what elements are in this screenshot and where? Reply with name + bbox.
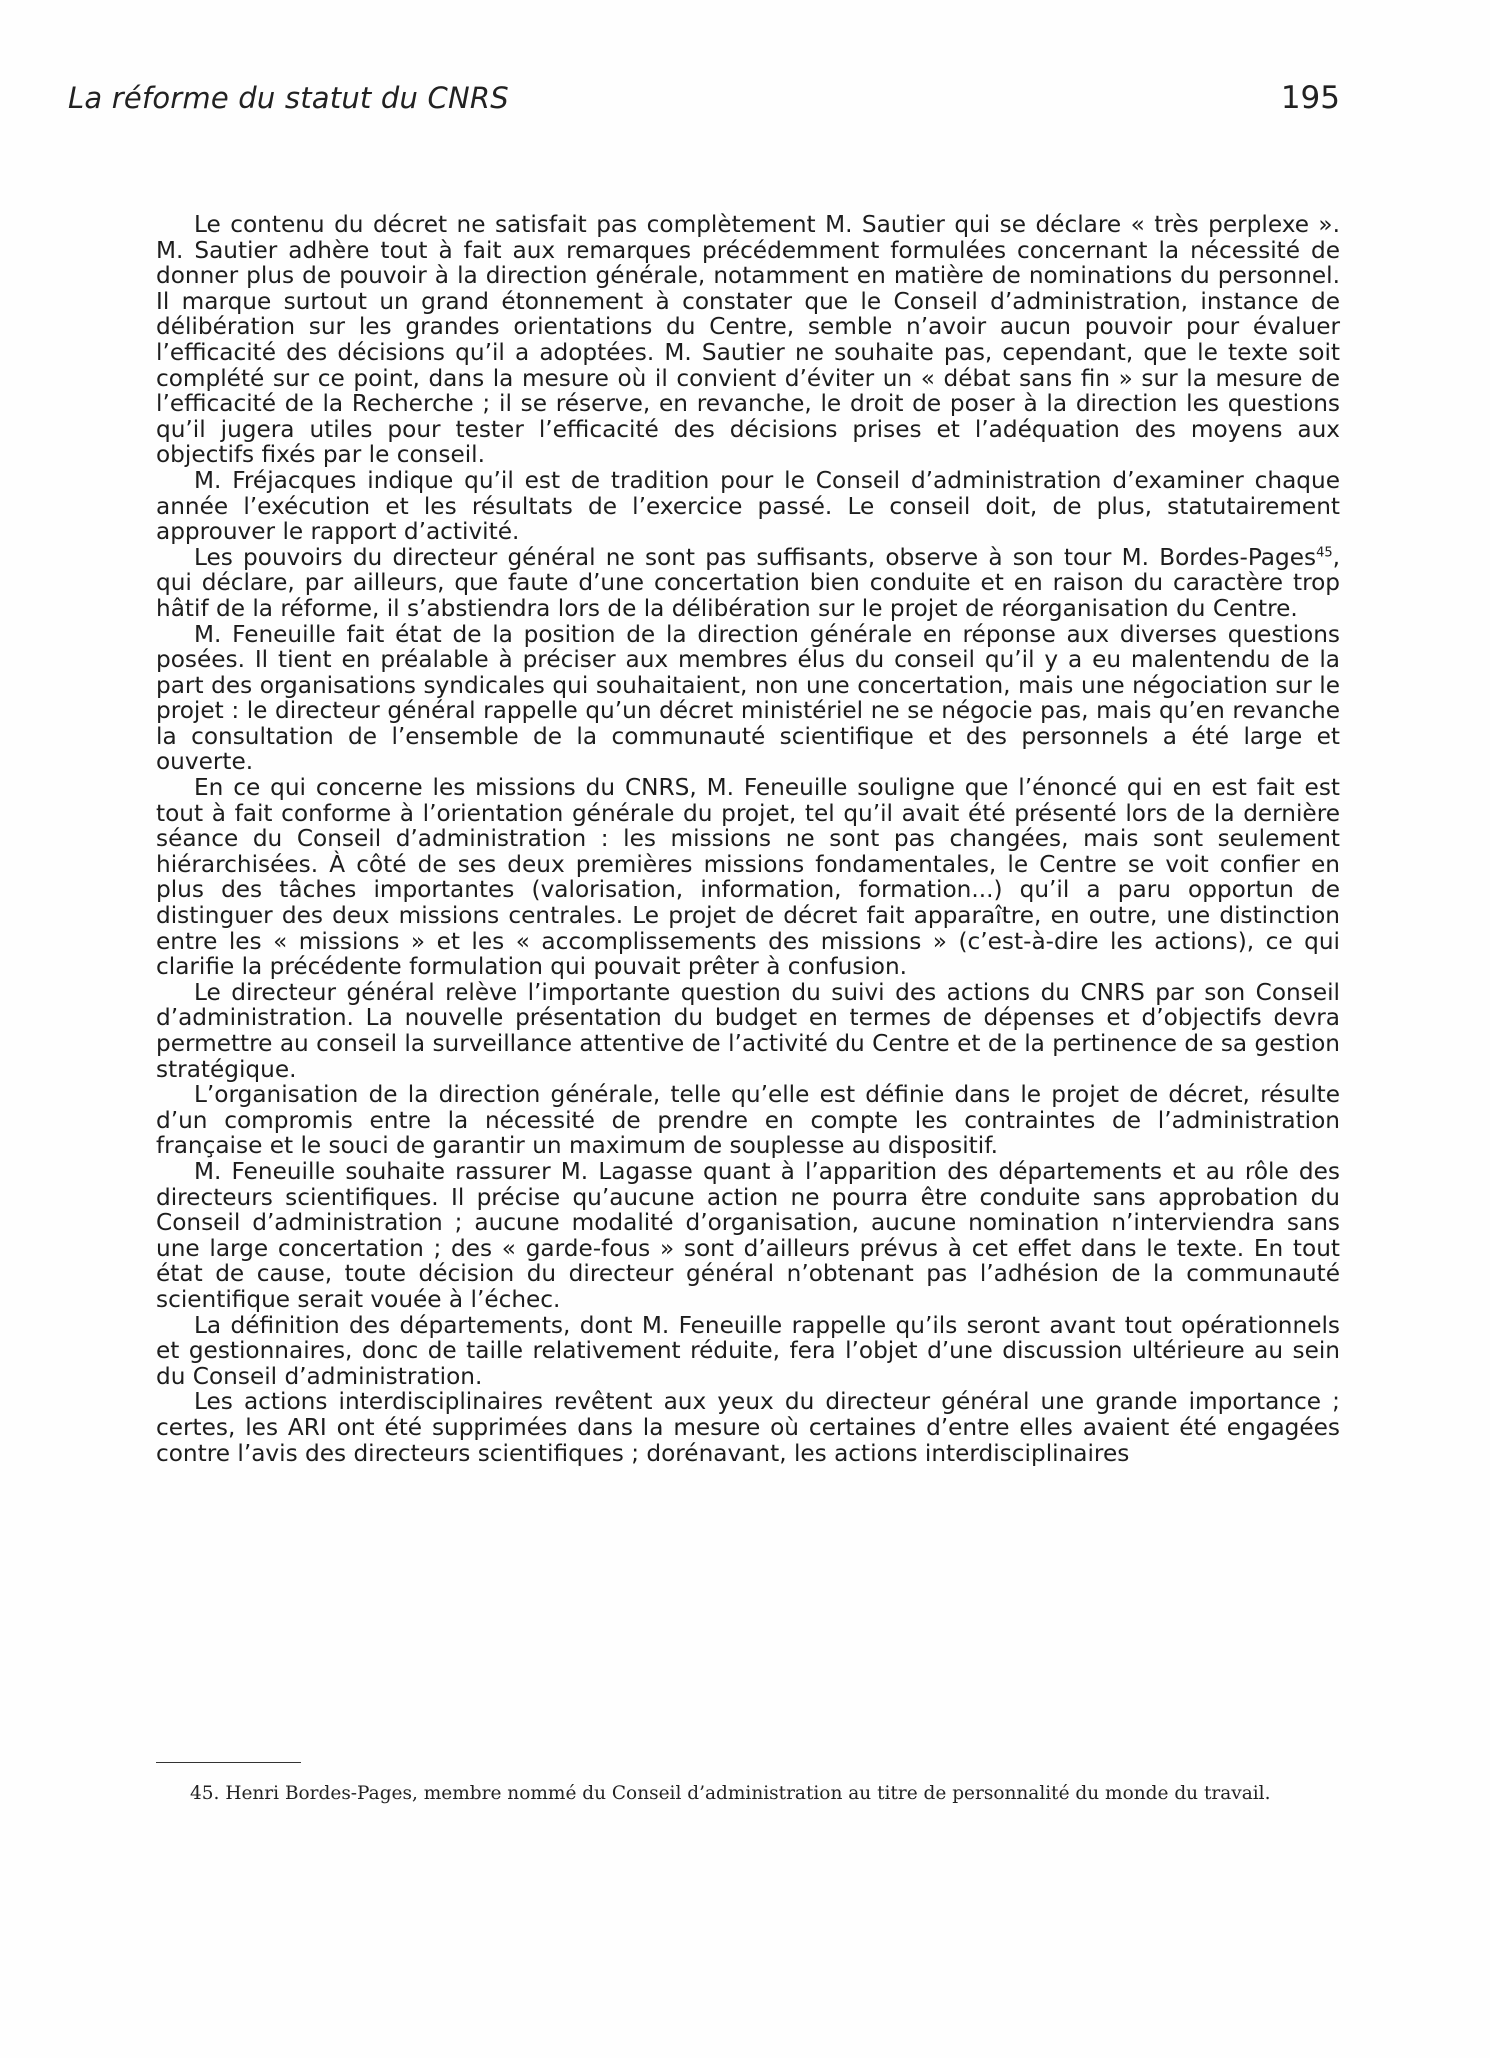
paragraph-interdisciplinaires: Les actions interdisciplinaires revêtent…	[156, 1389, 1340, 1466]
footnotes: 45. Henri Bordes-Pages, membre nommé du …	[156, 1782, 1340, 1806]
paragraph-departements: La définition des départements, dont M. …	[156, 1313, 1340, 1390]
paragraph-bordes-pages: Les pouvoirs du directeur général ne son…	[156, 545, 1340, 622]
footnote-45: 45. Henri Bordes-Pages, membre nommé du …	[156, 1782, 1340, 1806]
book-page: La réforme du statut du CNRS 195 Le cont…	[0, 0, 1490, 2058]
paragraph-sautier: Le contenu du décret ne satisfait pas co…	[156, 212, 1340, 468]
footnote-divider	[156, 1762, 301, 1763]
paragraph-lagasse: M. Feneuille souhaite rassurer M. Lagass…	[156, 1159, 1340, 1313]
paragraph-text: Les pouvoirs du directeur général ne son…	[194, 544, 1316, 571]
paragraph-frejacques: M. Fréjacques indique qu’il est de tradi…	[156, 468, 1340, 545]
footnote-reference[interactable]: 45	[1316, 545, 1333, 560]
page-number: 195	[1281, 80, 1340, 116]
paragraph-organisation: L’organisation de la direction générale,…	[156, 1082, 1340, 1159]
body-text: Le contenu du décret ne satisfait pas co…	[156, 212, 1340, 1466]
running-title: La réforme du statut du CNRS	[68, 81, 509, 115]
footnote-text: Henri Bordes-Pages, membre nommé du Cons…	[225, 1783, 1270, 1804]
paragraph-feneuille-position: M. Feneuille fait état de la position de…	[156, 622, 1340, 776]
paragraph-suivi-actions: Le directeur général relève l’importante…	[156, 980, 1340, 1082]
footnote-number: 45.	[190, 1783, 219, 1804]
paragraph-missions: En ce qui concerne les missions du CNRS,…	[156, 775, 1340, 980]
running-head: La réforme du statut du CNRS 195	[68, 80, 1340, 120]
